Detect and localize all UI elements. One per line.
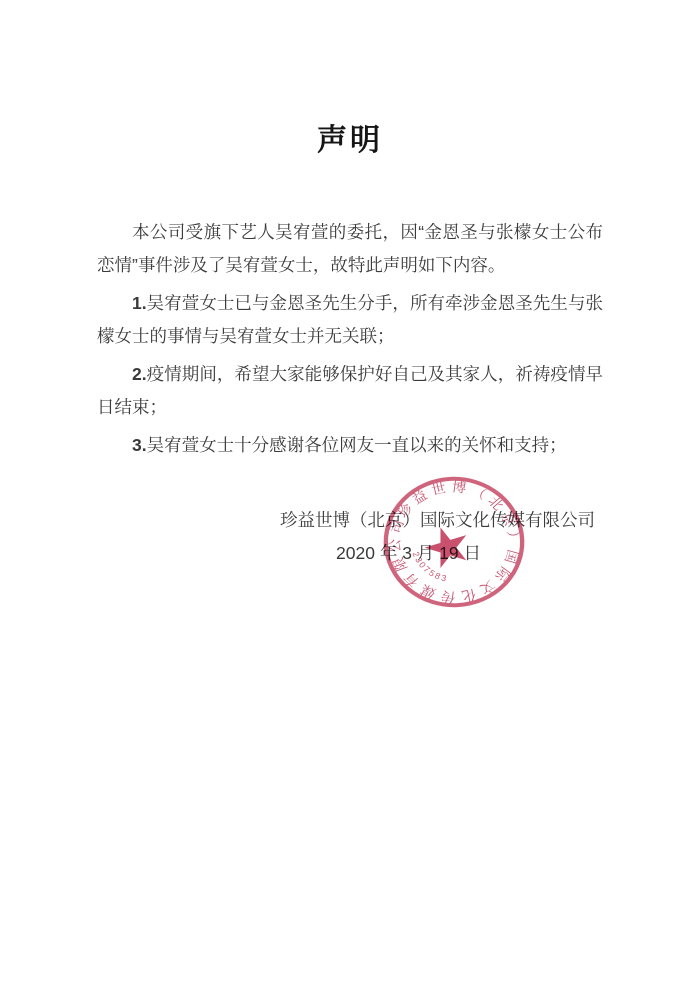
paragraph-text: 吴宥萱女士十分感谢各位网友一直以来的关怀和支持； [147,435,567,455]
signature-date: 2020 年 3 月 19 日 [97,537,603,570]
statement-item-1: 1.吴宥萱女士已与金恩圣先生分手，所有牵涉金恩圣先生与张檬女士的事情与吴宥萱女士… [97,287,603,353]
paragraph-prefix: 3. [132,435,147,455]
statement-document-page: 声明 本公司受旗下艺人吴宥萱的委托，因“金恩圣与张檬女士公布恋情”事件涉及了吴宥… [0,0,700,990]
paragraph-prefix: 1. [132,293,147,313]
paragraph-prefix: 2. [132,364,147,384]
statement-body: 本公司受旗下艺人吴宥萱的委托，因“金恩圣与张檬女士公布恋情”事件涉及了吴宥萱女士… [97,216,603,462]
paragraph-text: 本公司受旗下艺人吴宥萱的委托，因“金恩圣与张檬女士公布恋情”事件涉及了吴宥萱女士… [97,222,603,275]
paragraph-text: 疫情期间，希望大家能够保护好自己及其家人，祈祷疫情早日结束； [97,364,603,417]
statement-item-2: 2.疫情期间，希望大家能够保护好自己及其家人，祈祷疫情早日结束； [97,358,603,424]
signature-block: 珍益世博（北京）国际文化传媒有限公司 2020 年 3 月 19 日 [97,504,603,570]
document-title: 声明 [0,0,700,160]
statement-intro-paragraph: 本公司受旗下艺人吴宥萱的委托，因“金恩圣与张檬女士公布恋情”事件涉及了吴宥萱女士… [97,216,603,282]
company-signature: 珍益世博（北京）国际文化传媒有限公司 [97,504,603,537]
statement-item-3: 3.吴宥萱女士十分感谢各位网友一直以来的关怀和支持； [97,429,603,462]
paragraph-text: 吴宥萱女士已与金恩圣先生分手，所有牵涉金恩圣先生与张檬女士的事情与吴宥萱女士并无… [97,293,603,346]
